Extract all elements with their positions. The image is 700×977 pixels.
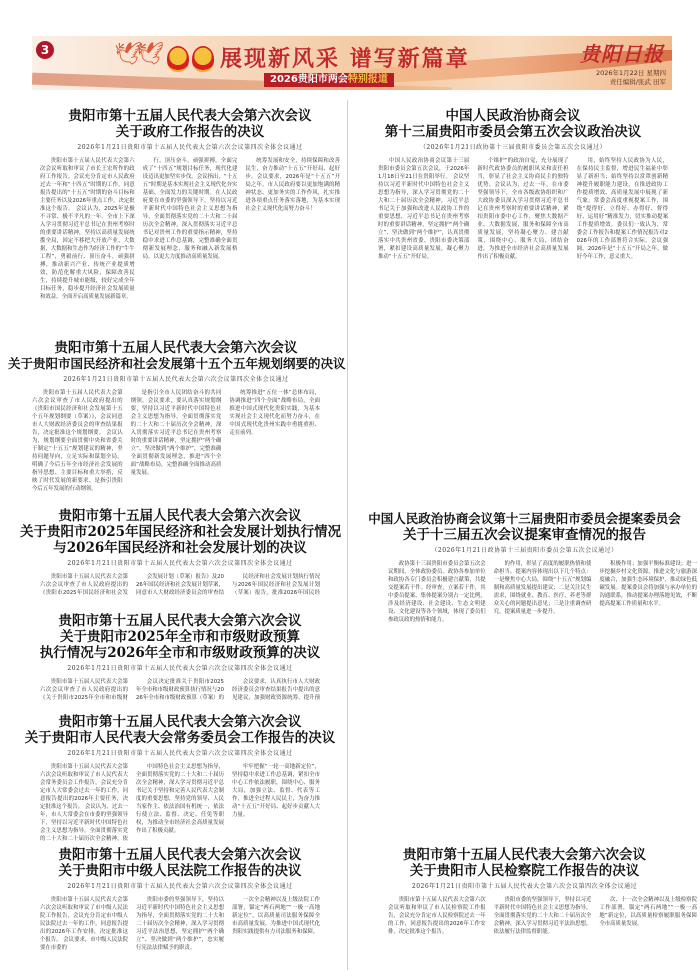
body-text: 行，顶压奋斗，顽强拼搏，全面完成了“十四五”规划目标任务，现代化建设迈出更加坚实… (143, 157, 238, 261)
article-budget: 贵阳市第十五届人民代表大会第六次会议 关于贵阳市2025年全市和市级财政预算 执… (20, 613, 340, 703)
article-headline: 贵阳市第十五届人民代表大会第六次会议 关于贵阳市中级人民法院工作报告的决议 (20, 847, 340, 879)
body-text: 的作用，彰显了高度的履职热情和使命担当。提案内容体现出以下几个特点：一是聚焦中心… (494, 560, 592, 616)
body-text: 中国特色社会主义思想为指导，全面贯彻落实党的二十大和二十届历次全会精神，深入学习… (136, 763, 224, 835)
article-body: 贵阳市第十五届人民代表大会第六次会议听取和审议了市中级人民法院工作报告，会议充分… (20, 896, 340, 977)
article-headline: 贵阳市第十五届人民代表大会第六次会议 关于贵阳市2025年国民经济和社会发展计划… (20, 508, 340, 556)
article-headline: 贵阳市第十五届人民代表大会第六次会议 关于贵阳市国民经济和社会发展第十五个五年规… (8, 340, 344, 372)
article-dateline: 2026年1月21日贵阳市第十五届人民代表大会第六次会议第四次全体会议通过 (20, 881, 340, 890)
article-headline: 中国人民政治协商会议 第十三届贵阳市委员会第五次会议政治决议 (358, 108, 668, 140)
article-body: 中国人民政治协商会议第十三届贵阳市委员会第五次会议，于2026年1月18日至21… (358, 157, 668, 497)
article-procuratorate-report: 贵阳市第十五届人民代表大会第六次会议 关于贵阳市人民检察院工作报告的决议 202… (352, 847, 697, 972)
newspaper-logo: 贵阳日报 (580, 38, 664, 67)
body-column: 贵阳市第十五届人民代表大会第六次会议听取和审议了市长王宏所作的政府工作报告。会议… (40, 157, 135, 337)
body-column: 中国特色社会主义思想为指导，全面贯彻落实党的二十大和二十届历次全会精神，深入学习… (136, 763, 224, 843)
article-body: 贵阳市第十五届人民代表大会第六次会议审查了市人民政府提出的《贵阳市2025年国民… (20, 573, 340, 597)
body-column: 政协第十三届贵阳市委员会第五次会议期间，全体政协委员、政协各参加单位和政协各专门… (388, 560, 486, 830)
body-text: 贵阳市第十五届人民代表大会第六次会议审查了市人民政府提出的《贵阳市2025年国民… (40, 573, 128, 597)
body-column: 贵阳市委的坚强领导下，坚持以习近平新时代中国特色社会主义思想为指导，全面贯彻落实… (136, 896, 224, 977)
body-column: 会议要求，认真执行市人大财政经济委员会审查结果报告中提出的意见建议，加强财政资源… (232, 678, 320, 702)
article-npc-standing-committee: 贵阳市第十五届人民代表大会第六次会议 关于贵阳市人民代表大会常务委员会工作报告的… (20, 714, 340, 834)
body-text: 政协第十三届贵阳市委员会第五次会议期间，全体政协委员、政协各参加单位和政协各专门… (388, 560, 486, 624)
headline-line: 关于贵阳市2025年全市和市级财政预算 (20, 629, 340, 645)
headline-line: 贵阳市第十五届人民代表大会第六次会议 (8, 340, 344, 356)
body-text: 会发展计划（草案）报告》及2026年国民经济和社会发展计划草案，同意市人大财政经… (136, 573, 224, 597)
article-dateline: （2026年1月21日政协第十三届贵阳市委员会第五次会议通过） (358, 142, 668, 151)
body-column: 个维护”的政治自觉，充分展现了新时代政协委员的履职风采和责任担当，彰显了社会主义… (477, 157, 568, 497)
article-headline: 贵阳市第十五届人民代表大会第六次会议 关于贵阳市人民代表大会常务委员会工作报告的… (20, 714, 340, 746)
body-text: 次、十一次全会精神以及上级检察院工作部署，锚定“两石两地”“一极一高地”新定位，… (599, 896, 697, 928)
headline-line: 第十三届贵阳市委员会第五次会议政治决议 (358, 124, 668, 140)
body-column: 行，顶压奋斗，顽强拼搏，全面完成了“十四五”规划目标任务，现代化建设迈出更加坚实… (143, 157, 238, 337)
issue-date: 2026年1月22日 星期四 (596, 68, 666, 77)
special-report-highlight: 特别报道 (348, 74, 388, 85)
body-column: 贵阳市第十五届人民代表大会第六次会议听取和审议了市中级人民法院工作报告，会议充分… (40, 896, 128, 977)
headline-line: 贵阳市第十五届人民代表大会第六次会议 (20, 847, 340, 863)
body-column: 贵阳市第十五届人民代表大会第六次会议审查了市人民政府提出的《关于贵阳市2025年… (40, 678, 128, 702)
article-body: 贵阳市第十五届人民代表大会第六次会议审查了市人民政府提出的《关于贵阳市2025年… (20, 678, 340, 702)
article-cppcc-proposal-report: 中国人民政治协商会议第十三届贵阳市委员会提案委员会 关于十三届五次会议提案审查情… (352, 511, 697, 831)
body-text: 贵阳市第十五届人民代表大会第六次会议听取和审议了市长王宏所作的政府工作报告。会议… (40, 157, 135, 301)
article-body: 贵阳市第十五届人民代表大会第六次会议听取和审议了市人民检察院工作报告，会议充分肯… (352, 896, 697, 977)
headline-line: 贵阳市第十五届人民代表大会第六次会议 (20, 508, 340, 524)
article-court-report: 贵阳市第十五届人民代表大会第六次会议 关于贵阳市中级人民法院工作报告的决议 20… (20, 847, 340, 972)
article-dateline: 2026年1月21日贵阳市第十五届人民代表大会第六次会议第四次全体会议通过 (20, 663, 340, 672)
article-body: 政协第十三届贵阳市委员会第五次会议期间，全体政协委员、政协各参加单位和政协各专门… (352, 560, 697, 830)
article-headline: 贵阳市第十五届人民代表大会第六次会议 关于政府工作报告的决议 (40, 108, 340, 140)
body-column: 的作用，彰显了高度的履职热情和使命担当。提案内容体现出以下几个特点：一是聚焦中心… (494, 560, 592, 830)
article-body: 贵阳市第十五届人民代表大会第六次会议审查了市人民政府提出的《贵阳市国民经济和社会… (8, 389, 344, 499)
article-cppcc-political-resolution: 中国人民政治协商会议 第十三届贵阳市委员会第五次会议政治决议 （2026年1月2… (358, 108, 668, 498)
body-column: 牢牢把握“一轮一高地新定位”，坚持稳中求进工作总基调，紧扣全市中心工作依法履职，… (232, 763, 320, 843)
body-text: 贵阳市第十五届人民代表大会第六次会议听取和审议了市人民代表大会常务委员会工作报告… (40, 763, 128, 843)
article-headline: 中国人民政治协商会议第十三届贵阳市委员会提案委员会 关于十三届五次会议提案审查情… (352, 511, 697, 543)
headline-line: 关于贵阳市人民代表大会常务委员会工作报告的决议 (20, 730, 340, 746)
headline-line: 贵阳市第十五届人民代表大会第六次会议 (20, 613, 340, 629)
special-report-tag: 2026贵阳市两会特别报道 (264, 73, 394, 87)
article-dateline: （2026年1月21日政协第十三届贵阳市委员会第五次会议通过） (352, 545, 697, 554)
body-column: 中国人民政治协商会议第十三届贵阳市委员会第五次会议，于2026年1月18日至21… (378, 157, 469, 497)
article-economic-plan: 贵阳市第十五届人民代表大会第六次会议 关于贵阳市2025年国民经济和社会发展计划… (20, 508, 340, 598)
article-headline: 贵阳市第十五届人民代表大会第六次会议 关于贵阳市2025年全市和市级财政预算 执… (20, 613, 340, 661)
banner-slogan: 展现新风采 谱写新篇章 (220, 42, 470, 73)
body-column: 是指引全市人民团结奋斗的共同纲领。会议要求，要认真落实规划纲要，坚持以习近平新时… (131, 389, 222, 499)
column-divider (347, 100, 348, 970)
headline-line: 贵阳市第十五届人民代表大会第六次会议 (40, 108, 340, 124)
body-text: 牢牢把握“一轮一高地新定位”，坚持稳中求进工作总基调，紧扣全市中心工作依法履职，… (232, 763, 320, 819)
headline-line: 关于贵阳市2025年国民经济和社会发展计划执行情况 (20, 524, 340, 540)
body-column: 贵阳市第十五届人民代表大会第六次会议审查了市人民政府提出的《贵阳市国民经济和社会… (32, 389, 123, 499)
body-text: 民经济和社会发展计划执行情况与2026年国民经济和社会发展计划（草案）报告，批准… (232, 573, 320, 597)
body-text: 一次全会精神以及上级法院工作部署，锚定“两石两地”“一极一高地新定位”，以高质量… (232, 896, 320, 936)
body-text: 贵阳市第十五届人民代表大会第六次会议听取和审议了市中级人民法院工作报告，会议充分… (40, 896, 128, 952)
body-text: 会议要求，认真执行市人大财政经济委员会审查结果报告中提出的意见建议，加强财政资源… (232, 678, 320, 702)
body-column: 贵阳市委的坚强领导下，坚持以习近平新时代中国特色社会主义思想为指导，全面贯彻落实… (494, 896, 592, 977)
body-column: 积极作用；加强平衡标准建设；进一步挖掘乡村文化资源，推进文化与旅游深度融合，加强… (599, 560, 697, 830)
body-column: 统筹发展和安全，持续保障和改善民生，奋力推动“十五五”开好局、起好步。会议要求，… (245, 157, 340, 337)
body-column: 民经济和社会发展计划执行情况与2026年国民经济和社会发展计划（草案）报告，批准… (232, 573, 320, 597)
headline-line: 关于贵阳市人民检察院工作报告的决议 (352, 863, 697, 879)
headline-line: 贵阳市第十五届人民代表大会第六次会议 (20, 714, 340, 730)
body-text: 会议决定批准关于贵阳市2025年全市和市级财政预算执行情况与2026年全市和市级… (136, 678, 224, 702)
headline-line: 中国人民政治协商会议 (358, 108, 668, 124)
body-column: 会议决定批准关于贵阳市2025年全市和市级财政预算执行情况与2026年全市和市级… (136, 678, 224, 702)
headline-line: 关于十三届五次会议提案审查情况的报告 (352, 527, 697, 543)
article-dateline: 2026年1月21日贵阳市第十五届人民代表大会第六次会议第四次全体会议通过 (40, 142, 340, 151)
article-headline: 贵阳市第十五届人民代表大会第六次会议 关于贵阳市人民检察院工作报告的决议 (352, 847, 697, 879)
body-text: 个维护”的政治自觉，充分展现了新时代政协委员的履职风采和责任担当，彰显了社会主义… (477, 157, 568, 261)
special-report-prefix: 2026贵阳市两会 (270, 74, 348, 85)
article-body: 贵阳市第十五届人民代表大会第六次会议听取和审议了市人民代表大会常务委员会工作报告… (20, 763, 340, 843)
headline-line: 贵阳市第十五届人民代表大会第六次会议 (352, 847, 697, 863)
body-column: 贵阳市第十五届人民代表大会第六次会议听取和审议了市人民代表大会常务委员会工作报告… (40, 763, 128, 843)
cppcc-emblem-icon (192, 46, 214, 72)
body-column: 会发展计划（草案）报告》及2026年国民经济和社会发展计划草案，同意市人大财政经… (136, 573, 224, 597)
body-column: 贵阳市第十五届人民代表大会第六次会议审查了市人民政府提出的《贵阳市2025年国民… (40, 573, 128, 597)
article-dateline: 2026年1月21日贵阳市第十五届人民代表大会第六次会议第四次全体会议通过 (352, 881, 697, 890)
body-text: 贵阳市第十五届人民代表大会第六次会议审查了市人民政府提出的《关于贵阳市2025年… (40, 678, 128, 702)
body-column: 次、十一次全会精神以及上级检察院工作部署，锚定“两石两地”“一极一高地”新定位，… (599, 896, 697, 977)
page-number-badge: 3 (36, 41, 54, 59)
masthead-banner: 3 🕊🕊 展现新风采 谱写新篇章 2026贵阳市两会特别报道 贵阳日报 2026… (32, 36, 672, 90)
national-emblem-icon (167, 46, 189, 72)
responsible-editors: 责任编辑/张武 田军 (610, 77, 666, 86)
headline-line: 执行情况与2026年全市和市级财政预算的决议 (20, 645, 340, 661)
body-column: 用，始终坚持人民政协为人民，在保持民主监督，增进民生福祉中彰显了新担当；始终坚持… (577, 157, 668, 497)
body-text: 用，始终坚持人民政协为人民，在保持民主监督，增进民生福祉中彰显了新担当；始终坚持… (577, 157, 668, 261)
headline-line: 与2026年国民经济和社会发展计划的决议 (20, 540, 340, 556)
article-five-year-plan: 贵阳市第十五届人民代表大会第六次会议 关于贵阳市国民经济和社会发展第十五个五年规… (8, 340, 344, 500)
body-text: 贵阳市第十五届人民代表大会第六次会议听取和审议了市人民检察院工作报告，会议充分肯… (388, 896, 486, 936)
article-dateline: 2026年1月21日贵阳市第十五届人民代表大会第六次会议第四次全体会议通过 (20, 558, 340, 567)
body-column: 一次全会精神以及上级法院工作部署，锚定“两石两地”“一极一高地新定位”，以高质量… (232, 896, 320, 977)
body-text: 统筹发展和安全，持续保障和改善民生，奋力推动“十五五”开好局、起好步。会议要求，… (245, 157, 340, 213)
body-text: 积极作用；加强平衡标准建设；进一步挖掘乡村文化资源，推进文化与旅游深度融合，加强… (599, 560, 697, 608)
article-dateline: 2026年1月21日贵阳市第十五届人民代表大会第六次会议第四次全体会议通过 (20, 748, 340, 757)
headline-line: 关于贵阳市中级人民法院工作报告的决议 (20, 863, 340, 879)
body-text: 贵阳市委的坚强领导下，坚持以习近平新时代中国特色社会主义思想为指导，全面贯彻落实… (494, 896, 592, 936)
body-text: 是指引全市人民团结奋斗的共同纲领。会议要求，要认真落实规划纲要，坚持以习近平新时… (131, 389, 222, 477)
article-body: 贵阳市第十五届人民代表大会第六次会议听取和审议了市长王宏所作的政府工作报告。会议… (40, 157, 340, 337)
body-text: 贵阳市第十五届人民代表大会第六次会议审查了市人民政府提出的《贵阳市国民经济和社会… (32, 389, 123, 493)
doves-icon: 🕊🕊 (114, 42, 158, 67)
headline-line: 中国人民政治协商会议第十三届贵阳市委员会提案委员会 (352, 511, 697, 527)
body-column: 贵阳市第十五届人民代表大会第六次会议听取和审议了市人民检察院工作报告，会议充分肯… (388, 896, 486, 977)
article-dateline: 2026年1月21日贵阳市第十五届人民代表大会第六次会议第四次全体会议通过 (8, 374, 344, 383)
body-text: 统筹推进“五位一体”总体布局，协调推进“四个全面”战略布局，全面推进中国式现代化… (229, 389, 320, 437)
body-text: 贵阳市委的坚强领导下，坚持以习近平新时代中国特色社会主义思想为指导，全面贯彻落实… (136, 896, 224, 952)
headline-line: 关于政府工作报告的决议 (40, 124, 340, 140)
body-column: 统筹推进“五位一体”总体布局，协调推进“四个全面”战略布局，全面推进中国式现代化… (229, 389, 320, 499)
body-text: 中国人民政治协商会议第十三届贵阳市委员会第五次会议，于2026年1月18日至21… (378, 157, 469, 261)
headline-line: 关于贵阳市国民经济和社会发展第十五个五年规划纲要的决议 (8, 356, 344, 372)
article-gov-work-report: 贵阳市第十五届人民代表大会第六次会议 关于政府工作报告的决议 2026年1月21… (40, 108, 340, 333)
